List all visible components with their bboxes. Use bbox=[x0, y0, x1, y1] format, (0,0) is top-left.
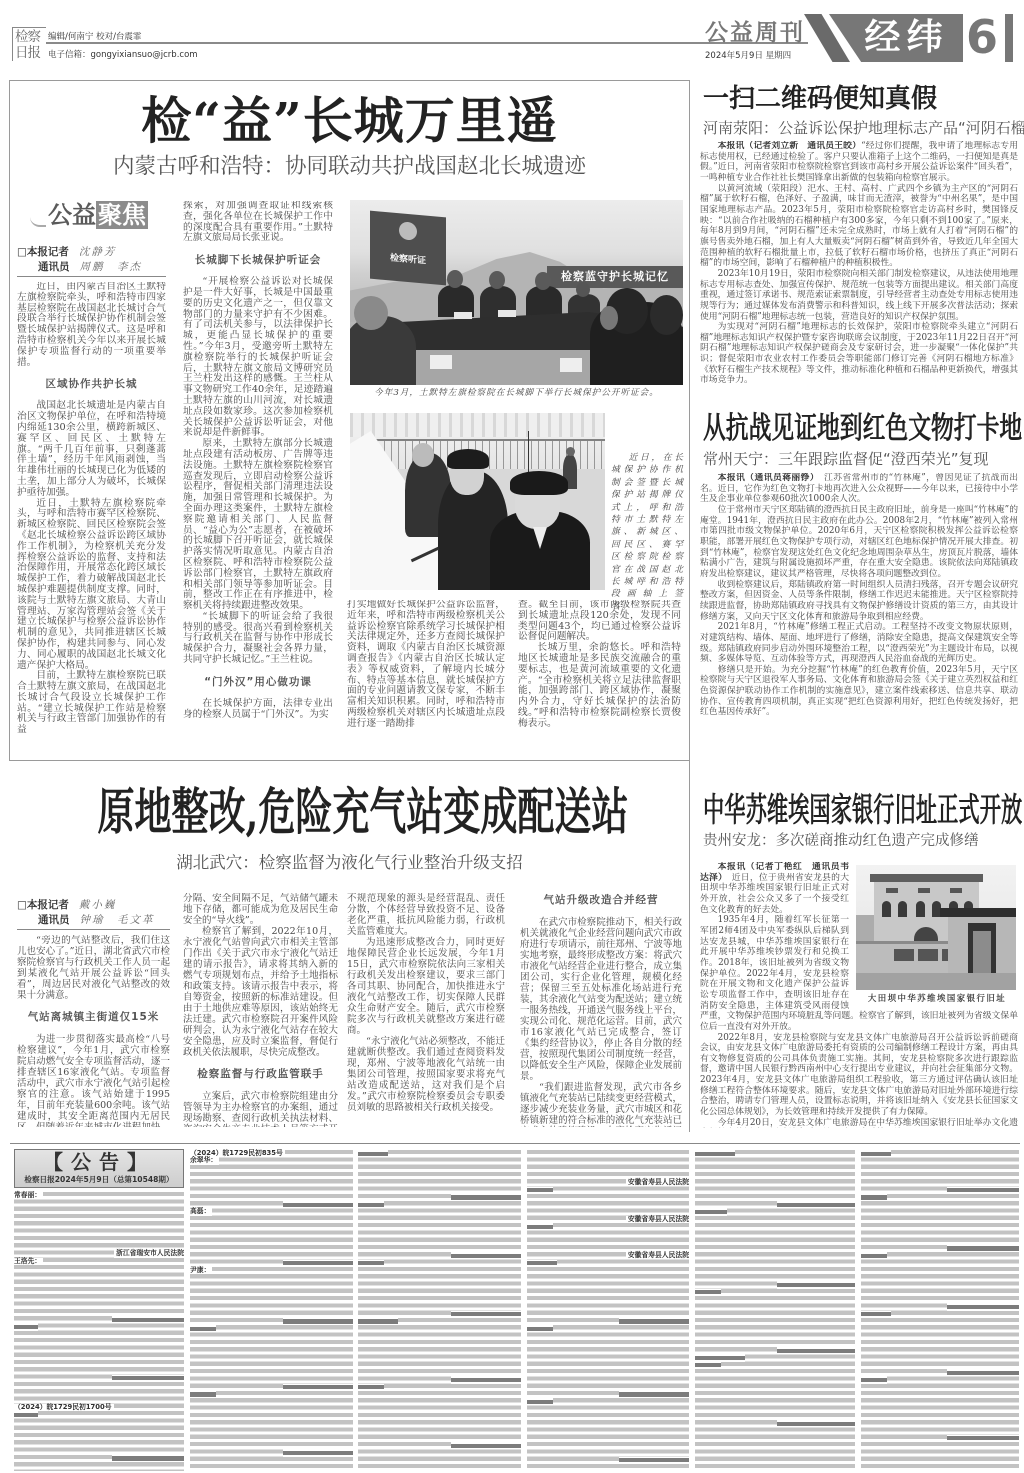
pomegranate-headline[interactable]: 一扫二维码便知真假 bbox=[703, 83, 937, 115]
great-wall-byline-reporter: □本报记者沈静芳 bbox=[17, 245, 116, 259]
photo-window bbox=[918, 888, 930, 893]
dateline: 本报讯（通讯员蒋丽铮） bbox=[718, 473, 815, 483]
photo-person-head bbox=[354, 296, 388, 330]
paragraph: 2021年8月，“竹林庵”修缮工程正式启动。工程坚持不改变文物原状原则，对建筑结… bbox=[700, 622, 1018, 665]
photo-person-head bbox=[489, 271, 505, 289]
dateline: 本报讯（记者丁艳红 通讯员韦达泽） bbox=[700, 862, 849, 883]
notice-court-name-illegible bbox=[947, 1187, 1019, 1194]
notice-court-name-illegible bbox=[947, 1245, 1019, 1252]
notice-court-name-illegible bbox=[947, 1435, 1019, 1442]
photo-ground bbox=[856, 973, 1016, 990]
paragraph: 2023年10月19日，荥阳市检察院向相关部门制发检察建议，从违法使用地理标志专… bbox=[700, 269, 1018, 322]
notice-column-5 bbox=[695, 1150, 855, 1471]
photo-nameplate bbox=[498, 310, 516, 317]
dateline: 本报讯（记者刘立新 通讯员王皎） bbox=[718, 141, 861, 151]
notice-court-name-illegible bbox=[947, 1303, 1019, 1310]
header-rule bbox=[46, 42, 808, 44]
notice-court-name: 安徽省寿县人民法院 bbox=[626, 1216, 689, 1223]
logo-line-2: 日报 bbox=[15, 45, 46, 61]
red-relic-headline[interactable]: 从抗战见证地到红色文物打卡地 bbox=[703, 410, 1022, 448]
photo-person-hair bbox=[447, 449, 489, 469]
pomegranate-body: 本报讯（记者刘立新 通讯员王皎）“经过你们提醒，我申请了地理标志专用标志使用权，… bbox=[700, 141, 1018, 397]
photo-person bbox=[526, 286, 562, 318]
photo-arched-window bbox=[916, 901, 925, 917]
paragraph: “长城脚下的听证会给了我很特别的感受。很高兴看到检察机关与行政机关在监督与协作中… bbox=[183, 612, 333, 666]
notice-column-1: 常春丽： 浙江省瑞安市人民法院 王洛先： （2024）皖1729民初1700号 bbox=[14, 1192, 184, 1471]
paragraph: 分隔、安全间隔不足，气站储气罐未地下存储，都可能成为危及居民生命安全的“导火线”… bbox=[183, 893, 338, 926]
paragraph: 目前，土默特左旗检察院已联合土默特左旗文旅局，在战国赵北长城讨合气段设立长城保护… bbox=[17, 671, 166, 736]
photo-arched-window bbox=[898, 901, 907, 917]
notice-column-2: （2024）皖1729民初835号 余翠华： 高磊： 尹康： bbox=[190, 1150, 353, 1471]
photo-person-head bbox=[535, 272, 551, 290]
column-name: 经纬 bbox=[850, 14, 963, 62]
public-interest-focus-logo: 公益 聚焦 bbox=[30, 201, 148, 229]
notice-party-name-illegible bbox=[358, 1318, 398, 1325]
notice-party-name-illegible bbox=[861, 1252, 887, 1259]
section-heading: 长城脚下长城保护听证会 bbox=[183, 254, 333, 267]
gas-station-byline-reporter: □本报记者戴小巍 bbox=[17, 898, 116, 912]
photo-person-head bbox=[447, 270, 463, 288]
soviet-bank-subheadline: 贵州安龙：多次磋商推动红色遗产完成修缮 bbox=[703, 832, 979, 850]
notice-court-name-illegible bbox=[451, 1194, 521, 1201]
paragraph: 立案后，武穴市检察院组建由分管领导为主办检察官的办案组，通过现场勘察、查阅行政机… bbox=[183, 1091, 338, 1127]
notice-column-4: 安徽省寿县人民法院 安徽省寿县人民法院 安徽省寿县人民法院 bbox=[527, 1150, 689, 1471]
reporter-name: 沈静芳 bbox=[79, 246, 117, 258]
correspondent-label: 通讯员 bbox=[38, 261, 70, 273]
photo-person-head bbox=[576, 282, 590, 297]
reporter-label: □本报记者 bbox=[17, 246, 69, 258]
photo-plaque bbox=[894, 949, 914, 961]
gas-station-byline-correspondents: 通讯员钟瑜 毛文革 bbox=[38, 913, 155, 927]
notice-court-name-illegible bbox=[619, 1318, 689, 1325]
correspondent-names: 周鹏 李杰 bbox=[80, 261, 143, 273]
notice-column-3 bbox=[358, 1150, 521, 1471]
paragraph: 本报讯（通讯员蒋丽铮） 江苏省常州市的“竹林庵”，曾因见证了抗战而出名。近日，它… bbox=[700, 473, 1018, 505]
paragraph: 今年4月20日，安龙县文体广电旅游局在中华苏维埃国家银行旧址举办文化遗产保护宣传… bbox=[700, 1118, 1018, 1128]
notice-court-name-illegible bbox=[451, 1442, 521, 1449]
section-heading: “门外汉”用心做功课 bbox=[183, 676, 333, 689]
notice-party-name: 尹康： bbox=[190, 1267, 212, 1274]
section-brand: 公益周刊 bbox=[705, 14, 805, 47]
notice-court-name-illegible bbox=[619, 1391, 689, 1398]
byline-rule bbox=[17, 929, 170, 930]
correspondent-label: 通讯员 bbox=[38, 914, 70, 926]
photo-caption-soviet-bank: 大田坝中华苏维埃国家银行旧址 bbox=[856, 993, 1018, 1004]
notice-court-name-illegible bbox=[777, 1281, 855, 1288]
notice-court-name-illegible bbox=[283, 1384, 353, 1391]
soviet-bank-article: 大田坝中华苏维埃国家银行旧址 本报讯（记者丁艳红 通讯员韦达泽） 近日，位于贵州… bbox=[700, 862, 1018, 1128]
notice-header-box: 【公告】 检察日报2024年5月9日（总第10548期） bbox=[14, 1149, 184, 1188]
great-wall-byline-correspondents: 通讯员周鹏 李杰 bbox=[38, 260, 142, 274]
photo-signing-ceremony bbox=[350, 413, 605, 590]
notice-court-name-illegible bbox=[619, 1457, 689, 1464]
paragraph: 本报讯（记者刘立新 通讯员王皎）“经过你们提醒，我申请了地理标志专用标志使用权，… bbox=[700, 141, 1018, 184]
notice-court-name-illegible bbox=[947, 1369, 1019, 1376]
notice-court-name: 浙江省瑞安市人民法院 bbox=[114, 1250, 184, 1257]
paragraph: 检察官了解到，2022年10月，永宁液化气站曾向武穴市相关主管部门作出《关于武穴… bbox=[183, 926, 338, 1058]
notice-court-name-illegible bbox=[777, 1420, 855, 1427]
notice-party-name: 王洛先： bbox=[14, 1258, 43, 1265]
notice-party-name-illegible bbox=[861, 1150, 891, 1157]
notice-party-name-illegible bbox=[861, 1311, 891, 1318]
notice-court-name: 安徽省寿县人民法院 bbox=[626, 1179, 689, 1186]
great-wall-headline[interactable]: 检“益”长城万里遥 bbox=[9, 92, 690, 150]
paragraph: “开展检察公益诉讼对长城保护是一件大好事，长城是中国最重要的历史文化遗产之一，但… bbox=[183, 277, 333, 439]
notice-party-name-illegible bbox=[527, 1223, 553, 1230]
photo-nameplate bbox=[560, 358, 582, 372]
section-heading: 检察监督与行政监管联手 bbox=[183, 1068, 338, 1081]
gas-station-column-1: “旁边的气站整改后，我们住这儿也安心了。”近日，湖北省武穴市检察院检察官与行政机… bbox=[17, 935, 170, 1127]
section-heading: 气站升级改造合并经营 bbox=[520, 894, 682, 907]
photo-flag: 检察听证 bbox=[370, 211, 446, 286]
paragraph: 位于常州市天宁区郑陆镇的澄西抗日民主政府旧址，前身是一座叫“竹林庵”的庵堂。19… bbox=[700, 505, 1018, 580]
paragraph: 为迅速形成整改合力，同时更好地保障民营企业长远发展，今年1月15日，武穴市检察院… bbox=[347, 937, 505, 1036]
notice-party-name: 高磊： bbox=[190, 1208, 212, 1215]
paragraph: “旁边的气站整改后，我们住这儿也安心了。”近日，湖北省武穴市检察院检察官与行政机… bbox=[17, 935, 170, 1001]
photo-banner: 检察蓝守护长城记忆 bbox=[547, 266, 683, 288]
paragraph: 2022年8月，安龙县检察院与安龙县文体广电旅游局召开公益诉讼诉前磋商会议，由安… bbox=[700, 1033, 1018, 1118]
photo-trees bbox=[350, 413, 605, 437]
notice-column-6 bbox=[861, 1150, 1019, 1471]
newspaper-logo: 检察 日报 bbox=[12, 27, 46, 61]
notice-court-name-illegible bbox=[283, 1449, 353, 1456]
notice-party-name-illegible bbox=[14, 1411, 38, 1418]
notice-party-name-illegible bbox=[695, 1150, 735, 1157]
paragraph: 为实现对“河阴石榴”地理标志的长效保护，荥阳市检察院牵头建立“河阴石榴”地理标志… bbox=[700, 322, 1018, 386]
column-divider bbox=[689, 760, 690, 1132]
paragraph: 以黄河流域（荥阳段）汜水、王村、高村、广武四个乡镇为主产区的“河阴石榴”属于软籽… bbox=[700, 184, 1018, 269]
notice-court-name-illegible bbox=[451, 1311, 521, 1318]
editor-email: 电子信箱：gongyixiansuo@jcrb.com bbox=[48, 48, 198, 60]
paragraph: 在武穴市检察院推动下，相关行政机关就液化气企业经营问题向武穴市政府进行专项请示，… bbox=[520, 917, 682, 1082]
paragraph: 为进一步贯彻落实最高检“八号检察建议”，今年1月，武穴市检察院启动燃气安全专项监… bbox=[17, 1034, 170, 1127]
photo-caption-hearing: 今年3月，土默特左旗检察院在长城脚下举行长城保护公开听证会。 bbox=[350, 388, 683, 399]
notice-party-name-illegible bbox=[527, 1325, 553, 1332]
notice-party-name-illegible bbox=[358, 1260, 384, 1267]
photo-person-head bbox=[566, 447, 575, 456]
issue-date: 2024年5月9日 星期四 bbox=[705, 49, 791, 61]
notice-court-name-illegible bbox=[283, 1318, 353, 1325]
notice-party-name-illegible bbox=[358, 1150, 388, 1157]
great-wall-column-4: 查。截至目前，该市两级检察院共查到长城遗址点段120余处，发现不同类型问题43个… bbox=[518, 600, 681, 758]
photo-person-hair bbox=[510, 471, 568, 495]
photo-building-roof bbox=[870, 874, 983, 882]
photo-nameplate bbox=[430, 355, 452, 369]
notice-court-name-illegible bbox=[777, 1347, 855, 1354]
photo-window bbox=[950, 888, 962, 893]
notice-court-name-illegible bbox=[283, 1201, 353, 1208]
great-wall-column-2: 探索，对加强调查取证和线索核查，强化各单位在长城保护工作中的深度配合具有重要作用… bbox=[183, 201, 333, 758]
paragraph: 探索，对加强调查取证和线索核查，强化各单位在长城保护工作中的深度配合具有重要作用… bbox=[183, 201, 333, 244]
paragraph: 原来，土默特左旗部分长城遗址点段建有活动板房、广告牌等违法设施。土默特左旗检察院… bbox=[183, 439, 333, 612]
notice-party-name-illegible bbox=[358, 1384, 384, 1391]
photo-window bbox=[886, 888, 898, 893]
gas-station-column-3: 不规范现象的源头是经营混乱、责任分散，个体经营导致投资不足、设备老化严重，抵抗风… bbox=[347, 893, 505, 1127]
photo-caption-signing: 近日，在长城保护协作机制会签暨长城保护站揭牌仪式上，呼和浩特市土默特左旗、新城区… bbox=[611, 452, 685, 613]
notice-court-name-illegible bbox=[112, 1375, 184, 1382]
notice-section-rule bbox=[10, 1143, 1020, 1144]
notice-case-number-illegible bbox=[695, 1354, 745, 1361]
notice-court-name-illegible bbox=[112, 1316, 184, 1323]
great-wall-subheadline: 内蒙古呼和浩特：协同联动共护战国赵北长城遗迹 bbox=[9, 154, 690, 180]
photo-gate-opening bbox=[973, 931, 991, 973]
notice-party-name-illegible bbox=[527, 1398, 553, 1405]
paragraph: 长城万里，余韵悠长。呼和浩特地区长城遗址是多民族交流融合的重要标志，也是黄河流域… bbox=[518, 643, 681, 729]
notice-case-number: （2024）皖1729民初1700号 bbox=[14, 1404, 114, 1411]
gas-station-headline[interactable]: 原地整改,危险充气站变成配送站 bbox=[98, 783, 602, 841]
section-heading: 区域协作共护长城 bbox=[17, 378, 166, 391]
page-number: 6 bbox=[966, 8, 998, 66]
logo-line-1: 检察 bbox=[15, 29, 46, 45]
gas-station-column-4: 气站升级改造合并经营在武穴市检察院推动下，相关行政机关就液化气企业经营问题向武穴… bbox=[520, 893, 682, 1127]
notice-title: 【公告】 bbox=[15, 1150, 183, 1174]
procuratorate-emblem-icon bbox=[399, 221, 417, 241]
reporter-name: 戴小巍 bbox=[79, 899, 117, 911]
editor-credits: 编辑/何南宁 校对/台震霏 bbox=[48, 30, 141, 42]
notice-court-name-illegible bbox=[283, 1260, 353, 1267]
paragraph: “永宁液化气站必须整改，不能迁建就断供整改。我们通过查阅资料发现，郑州、宁波等地… bbox=[347, 1036, 505, 1113]
paragraph: 在长城保护方面，法律专业出身的检察人员属于“门外汉”。为实 bbox=[183, 699, 333, 721]
notice-party-name-illegible bbox=[190, 1391, 216, 1398]
notice-party-name: 余翠华： bbox=[190, 1157, 219, 1164]
gas-station-column-2: 分隔、安全间隔不足，气站储气罐未地下存储，都可能成为危及居民生命安全的“导火线”… bbox=[183, 893, 338, 1127]
paragraph: 近日，由内蒙古自治区土默特左旗检察院牵头，呼和浩特市四家基层检察院在战国赵北长城… bbox=[17, 282, 166, 368]
paragraph: 战国赵北长城遗址是内蒙古自治区文物保护单位，在呼和浩特境内绵延130余公里，横跨… bbox=[17, 401, 166, 498]
notice-party-name-illegible bbox=[695, 1208, 727, 1215]
notice-court-name-illegible bbox=[451, 1376, 521, 1383]
notice-party-name-illegible bbox=[695, 1362, 721, 1369]
section-heading: 气站离城镇主街道仅15米 bbox=[17, 1011, 170, 1024]
focus-logo-part2: 聚焦 bbox=[96, 201, 148, 229]
red-relic-body: 本报讯（通讯员蒋丽铮） 江苏省常州市的“竹林庵”，曾因见证了抗战而出名。近日，它… bbox=[700, 473, 1018, 783]
soviet-bank-headline[interactable]: 中华苏维埃国家银行旧址正式开放 bbox=[703, 790, 1022, 830]
notice-party-name-illegible bbox=[695, 1289, 721, 1296]
paragraph: 打实地做好长城保护公益诉讼监督，近年来，呼和浩特市两级检察机关公益诉讼检察官除系… bbox=[347, 600, 505, 730]
great-wall-column-3: 打实地做好长城保护公益诉讼监督，近年来，呼和浩特市两级检察机关公益诉讼检察官除系… bbox=[347, 600, 505, 758]
photo-great-wall-hearing: 检察听证 检察蓝守护长城记忆 bbox=[350, 200, 683, 385]
paragraph: 修缮只是开始。为充分挖掘“竹林庵”的红色教育价值，2023年5月，天宁区检察院与… bbox=[700, 665, 1018, 718]
notice-party-name: 常春丽： bbox=[14, 1192, 43, 1199]
notice-party-name-illegible bbox=[527, 1260, 557, 1267]
notice-party-name-illegible bbox=[358, 1201, 384, 1208]
paragraph: 不规范现象的源头是经营混乱、责任分散，个体经营导致投资不足、设备老化严重，抵抗风… bbox=[347, 893, 505, 937]
photo-person-head bbox=[650, 295, 683, 335]
soviet-bank-figure: 大田坝中华苏维埃国家银行旧址 bbox=[856, 865, 1018, 1004]
focus-logo-part1: 公益 bbox=[48, 201, 96, 229]
correspondent-names: 钟瑜 毛文革 bbox=[80, 914, 155, 926]
photo-person-face bbox=[600, 306, 618, 330]
notice-party-name-illegible bbox=[527, 1187, 553, 1194]
notice-party-name-illegible bbox=[861, 1376, 887, 1383]
notice-party-name-illegible bbox=[14, 1323, 38, 1330]
gas-station-subheadline: 湖北武穴：检察监督为液化气行业整治升级支招 bbox=[9, 852, 690, 874]
red-relic-subheadline: 常州天宁：三年跟踪监督促“澄西荣光”复现 bbox=[703, 450, 989, 468]
notice-court-name-illegible bbox=[112, 1455, 184, 1462]
pomegranate-subheadline: 河南荥阳：公益诉讼保护地理标志产品“河阴石榴” bbox=[703, 119, 1024, 137]
notice-party-name-illegible bbox=[190, 1325, 216, 1332]
swirl-icon bbox=[30, 217, 46, 227]
notice-party-name-illegible bbox=[861, 1194, 887, 1201]
reporter-label: □本报记者 bbox=[17, 899, 69, 911]
notice-court-name-illegible bbox=[777, 1201, 855, 1208]
great-wall-column-1: 近日，由内蒙古自治区土默特左旗检察院牵头，呼和浩特市四家基层检察院在战国赵北长城… bbox=[17, 282, 166, 758]
notice-court-name: 安徽省寿县人民法院 bbox=[626, 1252, 689, 1259]
page-number-bar bbox=[1005, 14, 1013, 62]
notice-issue: 检察日报2024年5月9日（总第10548期） bbox=[15, 1174, 183, 1185]
paragraph: 近日，土默特左旗检察院牵头，与呼和浩特市赛罕区检察院、新城区检察院、回民区检察院… bbox=[17, 499, 166, 672]
paragraph: “我们跟进监督发现，武穴市各乡镇液化气充装站已陆续变更经营模式，逐步减少充装业务… bbox=[520, 1082, 682, 1127]
notice-court-name-illegible bbox=[451, 1252, 521, 1259]
photo-arched-window bbox=[882, 901, 891, 917]
photo-flag-text: 检察听证 bbox=[370, 249, 446, 269]
photo-nameplate bbox=[454, 312, 472, 319]
photo-plaque bbox=[918, 949, 938, 961]
photo-gate-roof bbox=[940, 908, 1016, 917]
photo-soviet-bank-building bbox=[856, 865, 1016, 990]
paragraph: 收到检察建议后，郑陆镇政府第一时间组织人员清扫残落，召开专题会议研究整改方案，但… bbox=[700, 580, 1018, 623]
byline-rule bbox=[17, 276, 166, 277]
photo-person-head bbox=[412, 443, 434, 467]
